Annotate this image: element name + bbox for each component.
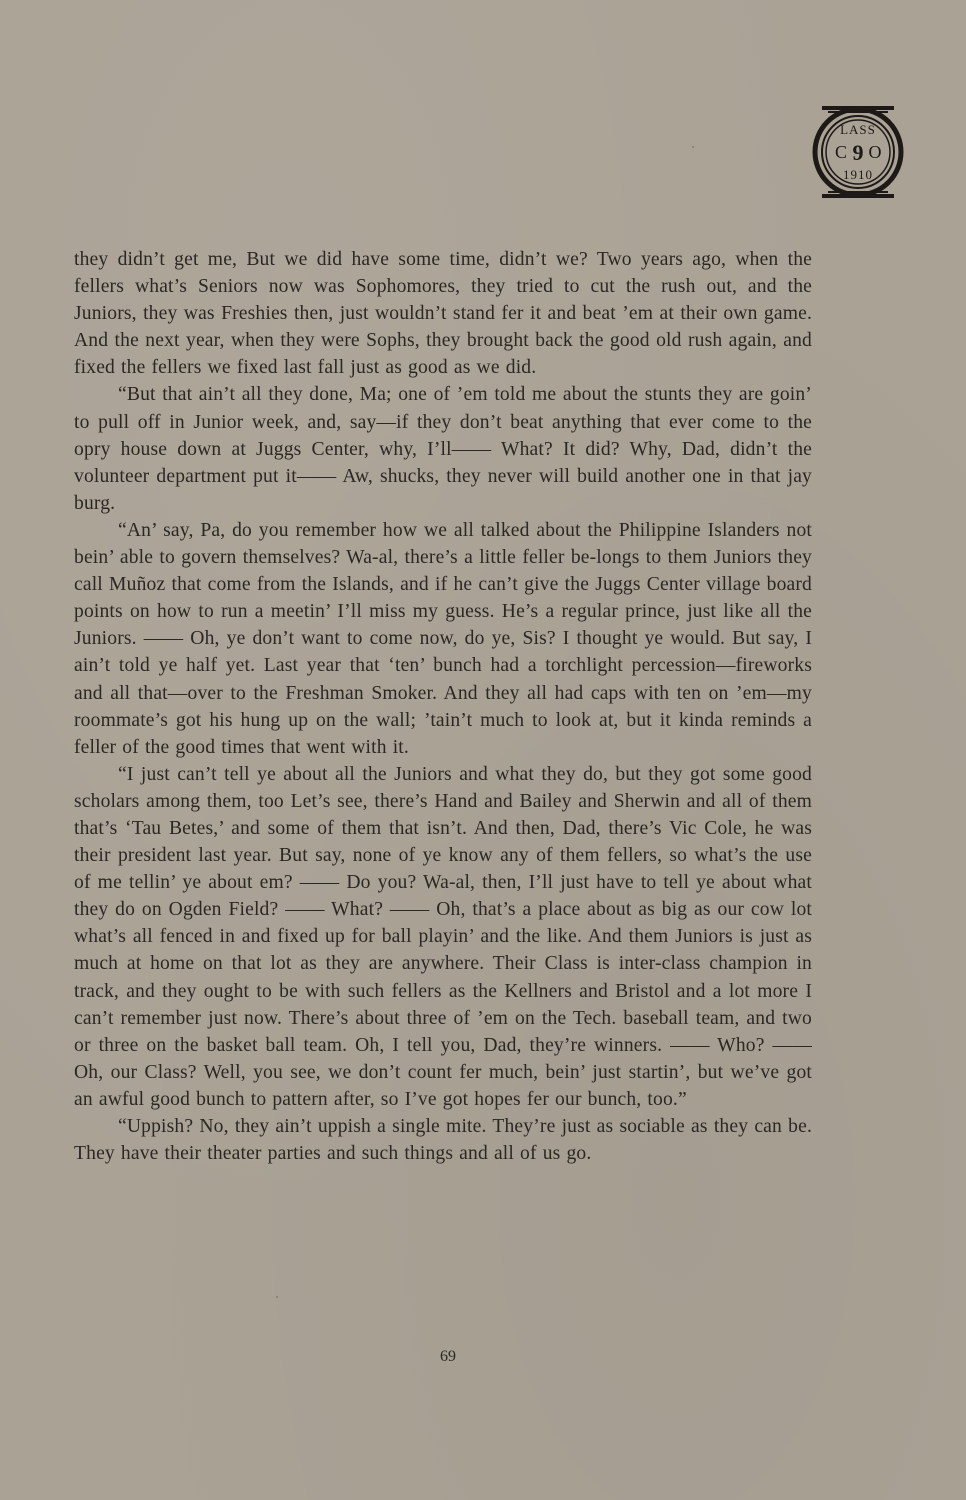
- svg-text:9: 9: [853, 140, 864, 165]
- svg-text:LASS: LASS: [840, 122, 876, 137]
- paper-speck: [692, 146, 694, 148]
- document-page: LASS 9 C O 1910 they didn’t get me, But …: [0, 0, 966, 1500]
- class-1910-monogram-icon: LASS 9 C O 1910: [808, 104, 908, 200]
- page-number: 69: [0, 1348, 896, 1366]
- paragraph-1: they didn’t get me, But we did have some…: [74, 246, 812, 381]
- svg-text:O: O: [869, 142, 882, 162]
- svg-text:1910: 1910: [843, 167, 873, 182]
- paragraph-4: “I just can’t tell ye about all the Juni…: [74, 761, 812, 1113]
- paragraph-3: “An’ say, Pa, do you remember how we all…: [74, 517, 812, 761]
- svg-text:C: C: [835, 142, 847, 162]
- paragraph-2: “But that ain’t all they done, Ma; one o…: [74, 381, 812, 516]
- paper-speck: [276, 1296, 278, 1298]
- body-text: they didn’t get me, But we did have some…: [74, 246, 812, 1167]
- paragraph-5: “Uppish? No, they ain’t uppish a single …: [74, 1113, 812, 1167]
